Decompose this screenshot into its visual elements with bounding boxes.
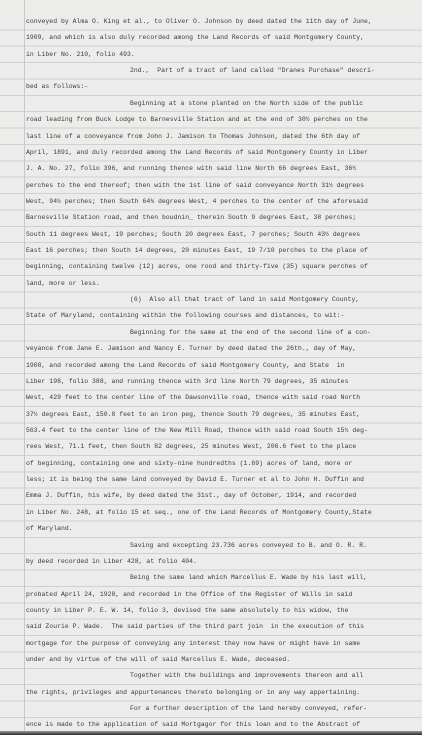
text-line: 1909, and which is also duly recorded am… (26, 30, 418, 46)
text-line: Together with the buildings and improvem… (26, 668, 418, 684)
text-line: East 16 perches; then South 14 degrees, … (26, 243, 418, 259)
text-line: probated April 24, 1928, and recorded in… (26, 587, 418, 603)
page-bottom-edge (0, 731, 422, 735)
document-page: conveyed by Alma O. King et al., to Oliv… (0, 0, 422, 735)
text-line: beginning, containing twelve (12) acres,… (26, 259, 418, 275)
text-line: veyance from Jane E. Jamison and Nancy E… (26, 341, 418, 357)
text-line: Barnesville Station road, and then boudn… (26, 210, 418, 226)
text-line: of beginning, containing one and sixty-n… (26, 456, 418, 472)
text-line: land, more or less. (26, 276, 418, 292)
text-line: 37½ degrees East, 150.8 feet to an iron … (26, 407, 418, 423)
text-line: county in Liber P. E. W. 14, folio 3, de… (26, 603, 418, 619)
text-line: Saving and excepting 23.736 acres convey… (26, 538, 418, 554)
text-line: under and by virtue of the will of said … (26, 652, 418, 668)
text-line: bed as follows:- (26, 79, 418, 95)
text-line: West, 94½ perches; then South 64¾ degree… (26, 194, 418, 210)
text-line: (6) Also all that tract of land in said … (26, 292, 418, 308)
text-line: April, 1891, and duly recorded among the… (26, 145, 418, 161)
left-margin-rule (24, 0, 25, 735)
text-line: Liber 198, folio 388, and running thence… (26, 374, 418, 390)
text-line: J. A. No. 27, folio 396, and running the… (26, 161, 418, 177)
text-line: 1908, and recorded among the Land Record… (26, 358, 418, 374)
text-line: of Maryland. (26, 521, 418, 537)
text-line: Beginning at a stone planted on the Nort… (26, 96, 418, 112)
text-line: Being the same land which Marcellus E. W… (26, 570, 418, 586)
text-line: road leading from Buck Lodge to Barnesvi… (26, 112, 418, 128)
text-line: Emma J. Duffin, his wife, by deed dated … (26, 488, 418, 504)
text-line: perches to the end thereof; then with th… (26, 178, 418, 194)
text-line: West, 429 feet to the center line of the… (26, 390, 418, 406)
text-line: in Liber No. 210, folio 493. (26, 47, 418, 63)
text-line: the rights, privileges and appurtenances… (26, 685, 418, 701)
typed-text-body: conveyed by Alma O. King et al., to Oliv… (26, 14, 418, 734)
text-line: in Liber No. 248, at folio 15 et seq., o… (26, 505, 418, 521)
text-line: by deed recorded in Liber 428, at folio … (26, 554, 418, 570)
text-line: Beginning for the same at the end of the… (26, 325, 418, 341)
text-line: last line of a conveyance from John J. J… (26, 129, 418, 145)
text-line: conveyed by Alma O. King et al., to Oliv… (26, 14, 418, 30)
text-line: 563.4 feet to the center line of the New… (26, 423, 418, 439)
text-line: For a further description of the land he… (26, 701, 418, 717)
text-line: less; it is being the same land conveyed… (26, 472, 418, 488)
text-line: mortgage for the purpose of conveying an… (26, 636, 418, 652)
text-line: rees West, 71.1 feet, then South 82 degr… (26, 439, 418, 455)
text-line: 2nd., Part of a tract of land called "Dr… (26, 63, 418, 79)
text-line: said Zourie P. Wade. The said parties of… (26, 619, 418, 635)
text-line: State of Maryland, containing within the… (26, 308, 418, 324)
text-line: South 11 degrees West, 19 perches; South… (26, 227, 418, 243)
